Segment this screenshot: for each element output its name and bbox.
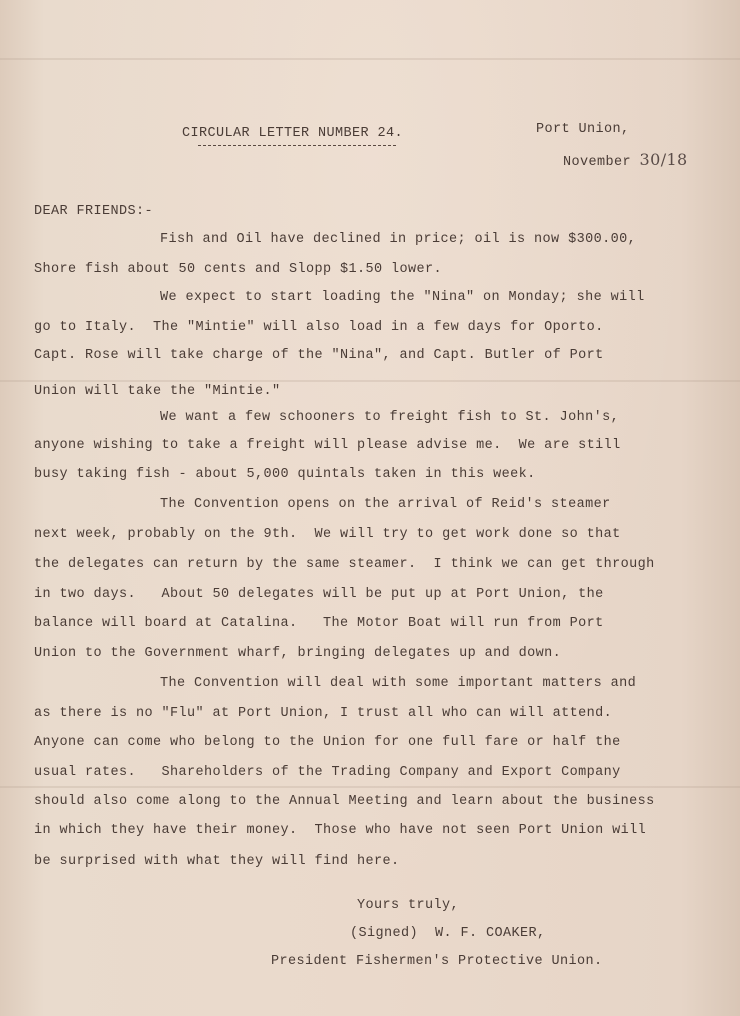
date-month: November	[563, 155, 631, 170]
body-line: Capt. Rose will take charge of the "Nina…	[34, 348, 604, 364]
letter-date: November 30/18	[563, 152, 688, 171]
body-line: be surprised with what they will find he…	[34, 854, 400, 870]
letter-title: CIRCULAR LETTER NUMBER 24.	[182, 126, 403, 142]
valediction: Yours truly,	[357, 898, 459, 914]
body-line: busy taking fish - about 5,000 quintals …	[34, 467, 536, 483]
body-line: We expect to start loading the "Nina" on…	[160, 290, 645, 306]
paper-crease	[0, 786, 740, 788]
body-line: balance will board at Catalina. The Moto…	[34, 616, 604, 632]
body-line: Shore fish about 50 cents and Slopp $1.5…	[34, 262, 442, 278]
body-line: Fish and Oil have declined in price; oil…	[160, 232, 636, 248]
body-line: The Convention will deal with some impor…	[160, 676, 636, 692]
body-line: The Convention opens on the arrival of R…	[160, 497, 611, 513]
signature: (Signed) W. F. COAKER,	[350, 926, 546, 942]
body-line: should also come along to the Annual Mee…	[34, 794, 655, 810]
body-line: go to Italy. The "Mintie" will also load…	[34, 320, 604, 336]
salutation: DEAR FRIENDS:-	[34, 204, 153, 220]
body-line: in two days. About 50 delegates will be …	[34, 587, 604, 603]
body-line: Union to the Government wharf, bringing …	[34, 646, 561, 662]
body-line: next week, probably on the 9th. We will …	[34, 527, 621, 543]
body-line: as there is no "Flu" at Port Union, I tr…	[34, 706, 612, 722]
title-underline	[198, 145, 396, 146]
paper-crease	[0, 380, 740, 382]
body-line: anyone wishing to take a freight will pl…	[34, 438, 621, 454]
signatory-title: President Fishermen's Protective Union.	[271, 954, 603, 970]
date-value: 30/18	[640, 150, 688, 169]
body-line: Anyone can come who belong to the Union …	[34, 735, 621, 751]
letter-place: Port Union,	[536, 122, 630, 138]
body-line: in which they have their money. Those wh…	[34, 823, 646, 839]
letter-page: CIRCULAR LETTER NUMBER 24. Port Union, N…	[0, 0, 740, 1016]
body-line: Union will take the "Mintie."	[34, 384, 281, 400]
body-line: the delegates can return by the same ste…	[34, 557, 655, 573]
body-line: We want a few schooners to freight fish …	[160, 410, 619, 426]
body-line: usual rates. Shareholders of the Trading…	[34, 765, 621, 781]
paper-crease	[0, 58, 740, 60]
